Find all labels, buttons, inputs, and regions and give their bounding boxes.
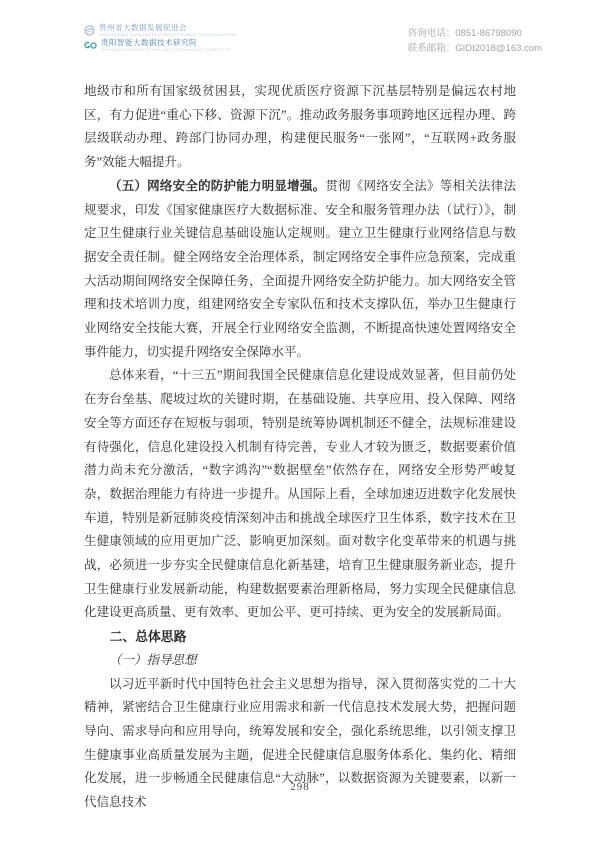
network-security-body: 贯彻《网络安全法》等相关法律法规要求，印发《国家健康医疗大数据标准、安全和服务管… — [84, 179, 516, 359]
contact-info: 咨询电话：0851-86798090 联系邮箱：GIDI2018@163.com — [408, 24, 542, 56]
paragraph-overall-summary: 总体来看，“十三五”期间我国全民健康信息化建设成效显著，但目前仍处在夯台垒基、爬… — [84, 364, 516, 625]
page-footer: 298 — [0, 777, 600, 795]
association-logo: 贵州省大数据发展促进会 GUIZHOU BIG DATA DEVELOPMENT… — [84, 24, 236, 37]
association-logo-name: 贵州省大数据发展促进会 — [99, 24, 236, 32]
institute-logo-text: 贵阳智能大数据技术研究院 GUIYANG INTELLIGENT BIG DAT… — [101, 39, 230, 52]
logo-block: 贵州省大数据发展促进会 GUIZHOU BIG DATA DEVELOPMENT… — [84, 24, 236, 52]
page-number: 298 — [290, 781, 310, 793]
contact-email-line: 联系邮箱：GIDI2018@163.com — [408, 41, 542, 56]
section-heading-overall-approach: 二、总体思路 — [84, 625, 516, 649]
association-emblem-icon — [84, 25, 95, 36]
association-logo-text: 贵州省大数据发展促进会 GUIZHOU BIG DATA DEVELOPMENT… — [99, 24, 236, 37]
document-page: 贵州省大数据发展促进会 GUIZHOU BIG DATA DEVELOPMENT… — [0, 0, 600, 848]
contact-email-address: GIDI2018@163.com — [455, 43, 542, 54]
network-security-lead: （五）网络安全的防护能力明显增强。 — [109, 179, 325, 193]
contact-phone-line: 咨询电话：0851-86798090 — [408, 26, 542, 41]
paragraph-gov-service: 地级市和所有国家级贫困县，实现优质医疗资源下沉基层特别是偏远农村地区，有力促进“… — [84, 80, 516, 175]
page-header: 贵州省大数据发展促进会 GUIZHOU BIG DATA DEVELOPMENT… — [84, 24, 542, 56]
contact-email-label: 联系邮箱： — [408, 43, 456, 54]
institute-logo: 贵阳智能大数据技术研究院 GUIYANG INTELLIGENT BIG DAT… — [84, 39, 236, 52]
institute-logo-subtext: GUIYANG INTELLIGENT BIG DATA TECHNOLOGY … — [101, 47, 230, 52]
institute-logo-name: 贵阳智能大数据技术研究院 — [101, 39, 230, 47]
document-body: 地级市和所有国家级贫困县，实现优质医疗资源下沉基层特别是偏远农村地区，有力促进“… — [84, 80, 516, 815]
association-logo-subtext: GUIZHOU BIG DATA DEVELOPMENT PROMOTION A… — [99, 32, 236, 37]
paragraph-network-security: （五）网络安全的防护能力明显增强。贯彻《网络安全法》等相关法律法规要求，印发《国… — [84, 175, 516, 365]
contact-phone-label: 咨询电话： — [408, 28, 456, 39]
contact-phone-number: 0851-86798090 — [455, 28, 522, 39]
institute-go-icon — [84, 40, 97, 51]
subsection-heading-guiding-ideology: （一）指导思想 — [84, 649, 516, 673]
